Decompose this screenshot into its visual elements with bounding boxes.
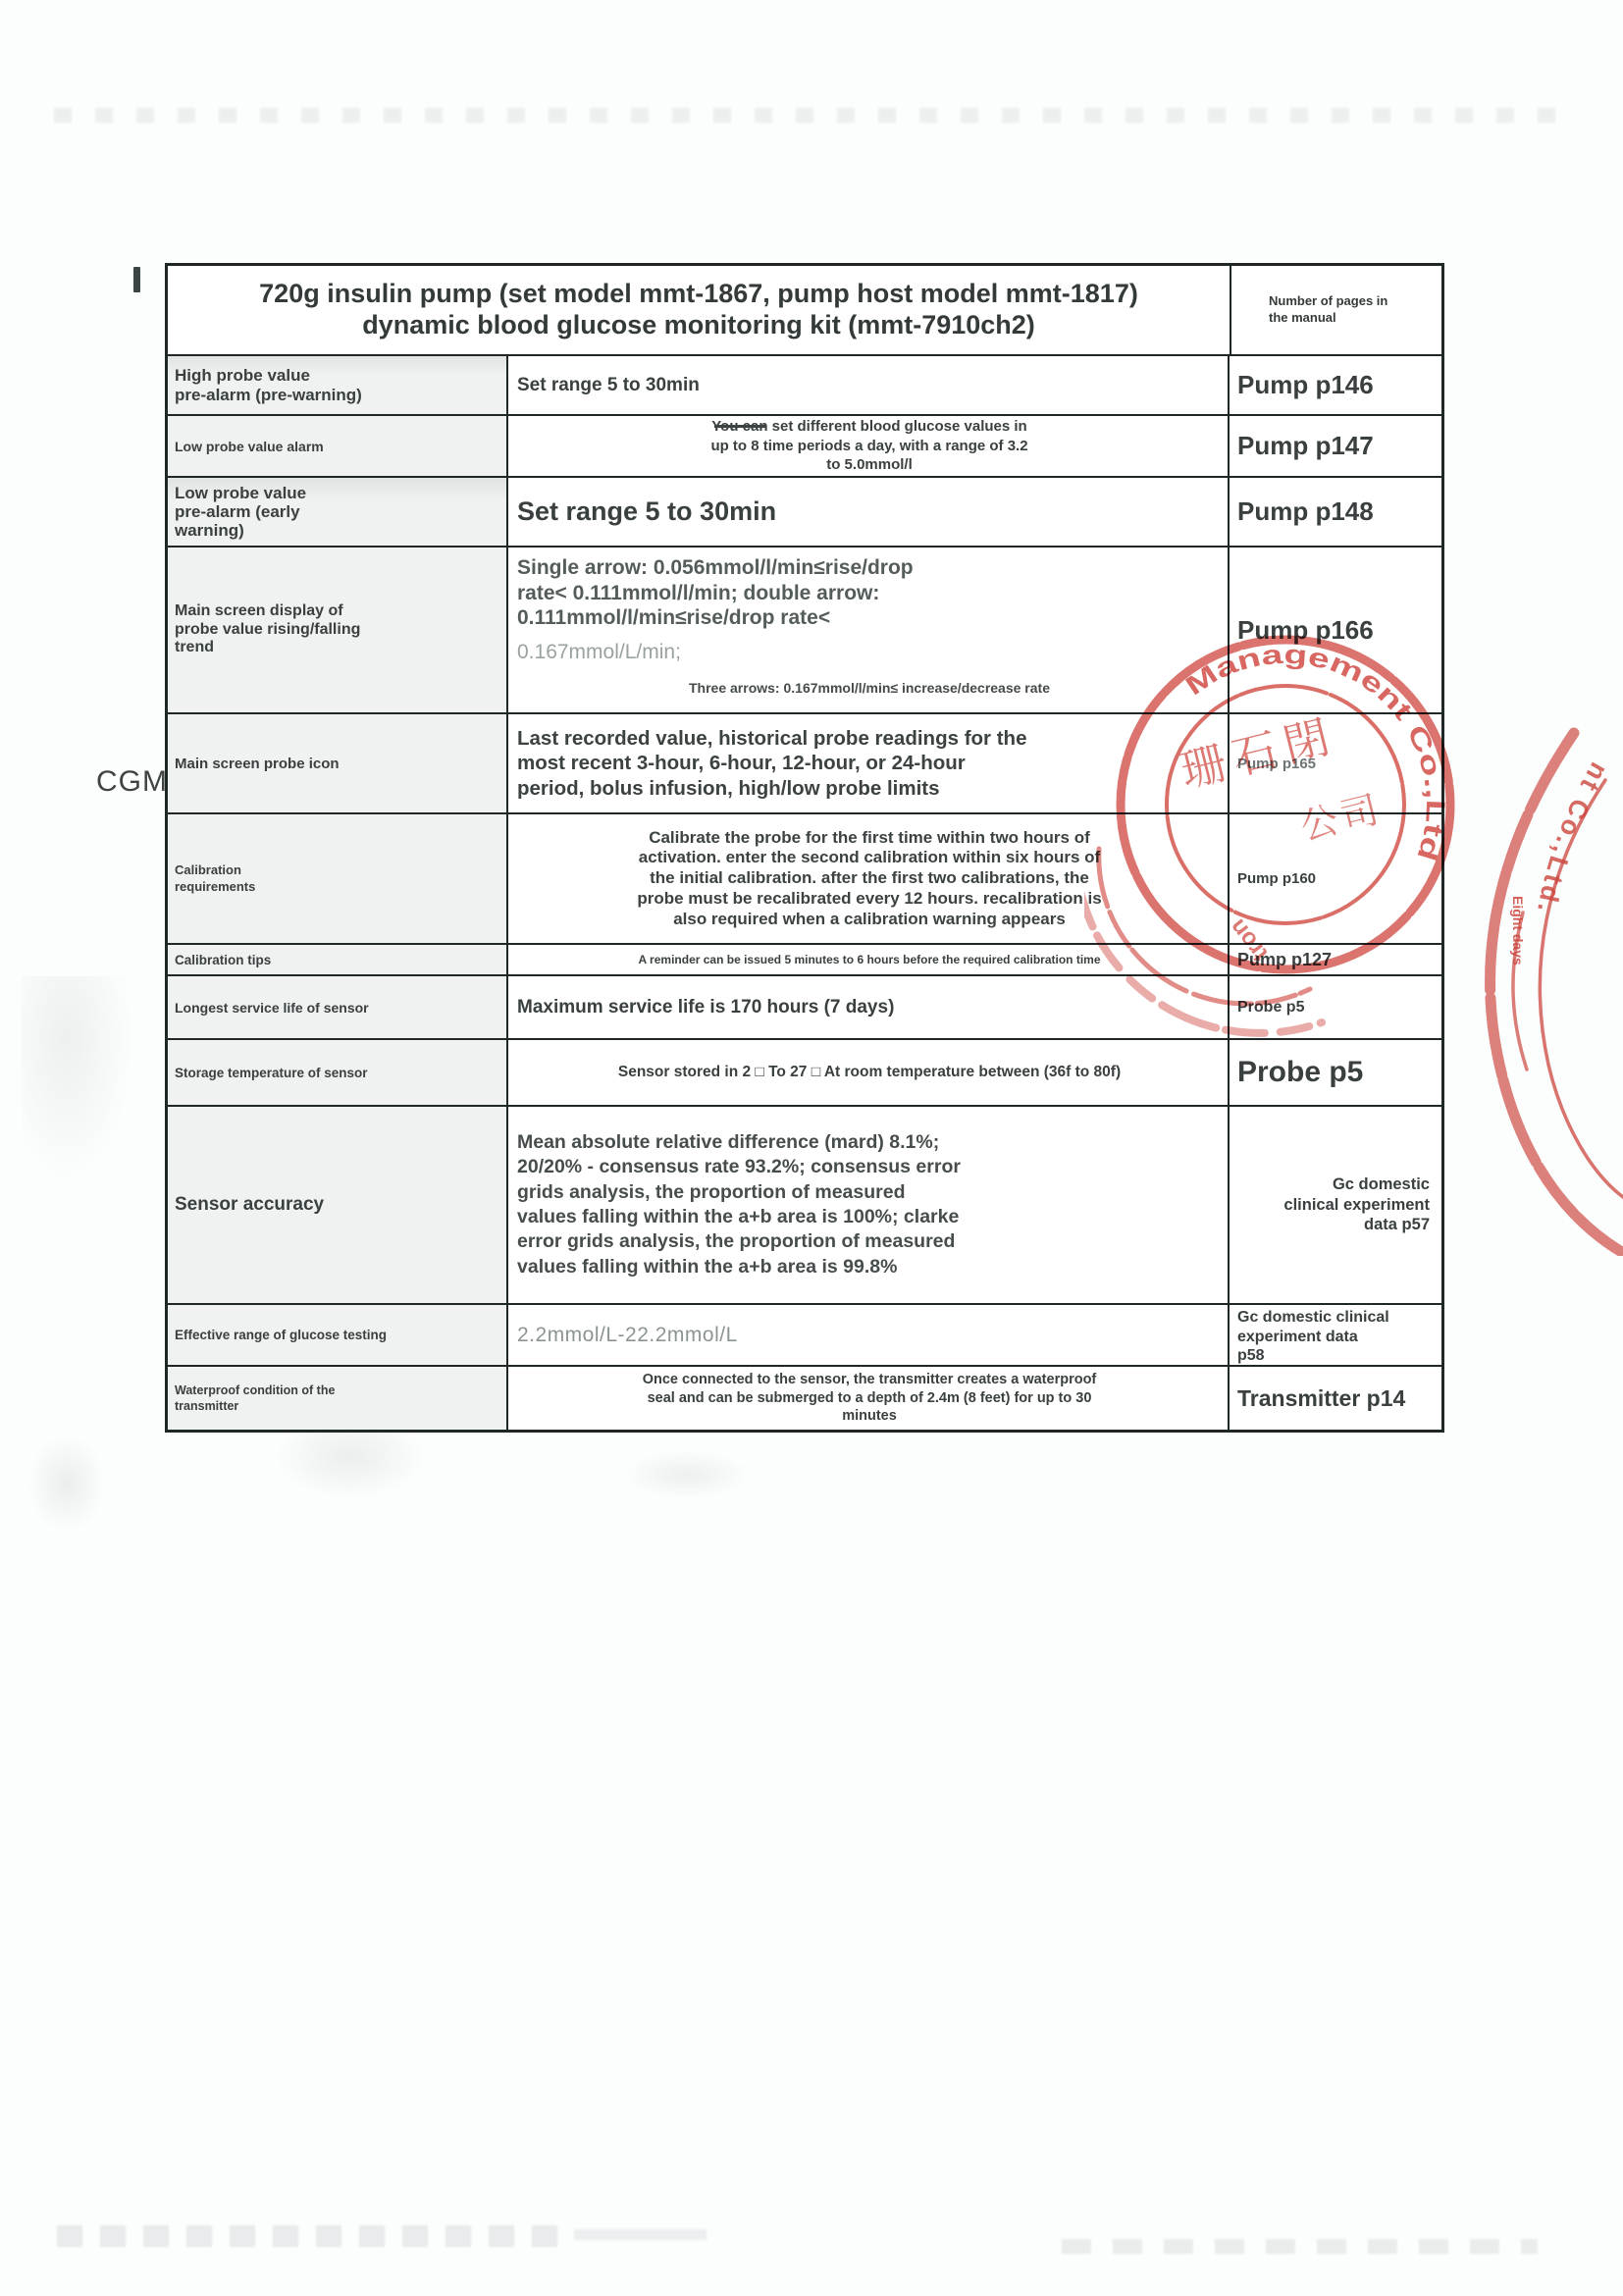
table-title-cell: 720g insulin pump (set model mmt-1867, p… xyxy=(168,266,1230,354)
spec-table: 720g insulin pump (set model mmt-1867, p… xyxy=(165,263,1444,1433)
row-label: High probe value pre-alarm (pre-warning) xyxy=(175,366,362,404)
row-label: Calibration requirements xyxy=(175,862,255,895)
pages-column-header-cell: Number of pages in the manual xyxy=(1230,266,1441,354)
row-label-cell: Waterproof condition of the transmitter xyxy=(168,1367,506,1430)
scan-artifact-bottom-band xyxy=(1062,2239,1538,2254)
row-content-cell: Once connected to the sensor, the transm… xyxy=(506,1367,1228,1430)
table-row: Main screen probe icon Last recorded val… xyxy=(168,712,1441,812)
row-content-cell: Single arrow: 0.056mmol/l/min≤rise/drop … xyxy=(506,548,1228,712)
manual-page-ref: Probe p5 xyxy=(1237,1056,1363,1089)
row-page-cell: Gc domestic clinical experiment data p57 xyxy=(1228,1107,1441,1303)
row-page-cell: Gc domestic clinical experiment data p58 xyxy=(1228,1305,1441,1365)
row-page-cell: Pump p147 xyxy=(1228,416,1441,476)
row-page-cell: Pump p165 xyxy=(1228,714,1441,812)
row-label-cell: Low probe value alarm xyxy=(168,416,506,476)
row-content: Set range 5 to 30min xyxy=(517,496,776,527)
row-content-light: 0.167mmol/L/min; xyxy=(517,641,1222,664)
table-row: High probe value pre-alarm (pre-warning)… xyxy=(168,354,1441,414)
manual-page-ref: Probe p5 xyxy=(1237,999,1304,1017)
table-row: Storage temperature of sensor Sensor sto… xyxy=(168,1038,1441,1105)
row-content-cell: Sensor stored in 2 □ To 27 □ At room tem… xyxy=(506,1040,1228,1105)
row-page-cell: Transmitter p14 xyxy=(1228,1367,1441,1430)
row-label: Calibration tips xyxy=(175,953,271,967)
scan-artifact-edge-tick xyxy=(133,267,140,292)
table-row: Calibration tips A reminder can be issue… xyxy=(168,943,1441,974)
pages-column-header: Number of pages in the manual xyxy=(1269,293,1387,327)
row-label-cell: High probe value pre-alarm (pre-warning) xyxy=(168,356,506,414)
strikethrough-mark xyxy=(714,425,765,428)
row-content: You can set different blood glucose valu… xyxy=(710,417,1027,475)
row-content-cell: Last recorded value, historical probe re… xyxy=(506,714,1228,812)
scan-artifact-smudge xyxy=(27,1435,106,1533)
scan-artifact-top-band xyxy=(54,108,1555,123)
row-content-cell: 2.2mmol/L-22.2mmol/L xyxy=(506,1305,1228,1365)
row-content-small: Three arrows: 0.167mmol/l/min≤ increase/… xyxy=(517,680,1222,696)
row-label: Sensor accuracy xyxy=(175,1194,324,1216)
row-content-cell: Mean absolute relative difference (mard)… xyxy=(506,1107,1228,1303)
table-row: Low probe value alarm You can set differ… xyxy=(168,414,1441,476)
row-label: Waterproof condition of the transmitter xyxy=(175,1383,335,1415)
row-content-main: Single arrow: 0.056mmol/l/min≤rise/drop … xyxy=(517,555,1222,631)
row-content: Set range 5 to 30min xyxy=(517,375,700,396)
row-page-cell: Pump p148 xyxy=(1228,478,1441,546)
row-label: Low probe value alarm xyxy=(175,439,324,454)
manual-page-ref: Pump p165 xyxy=(1237,756,1316,772)
table-row: Sensor accuracy Mean absolute relative d… xyxy=(168,1105,1441,1303)
row-label-cell: Storage temperature of sensor xyxy=(168,1040,506,1105)
row-content: Mean absolute relative difference (mard)… xyxy=(517,1130,961,1279)
row-content: A reminder can be issued 5 minutes to 6 … xyxy=(639,953,1101,966)
edge-seal-stamp: nt Co.,Ltd. Eight days xyxy=(1458,721,1623,1256)
row-content-cell: Maximum service life is 170 hours (7 day… xyxy=(506,976,1228,1038)
manual-page-ref: Pump p160 xyxy=(1237,870,1316,887)
row-label: Main screen display of probe value risin… xyxy=(175,602,360,658)
manual-page-ref: Pump p146 xyxy=(1237,370,1374,400)
row-content: Once connected to the sensor, the transm… xyxy=(643,1371,1097,1427)
row-page-cell: Pump p160 xyxy=(1228,814,1441,943)
manual-page-ref: Pump p148 xyxy=(1237,496,1374,527)
manual-page-ref: Gc domestic clinical experiment data p57 xyxy=(1282,1174,1432,1236)
row-label-cell: Sensor accuracy xyxy=(168,1107,506,1303)
row-label: Longest service life of sensor xyxy=(175,1000,369,1016)
scan-artifact-smudge xyxy=(22,976,134,1182)
row-page-cell: Pump p127 xyxy=(1228,945,1441,974)
row-label: Low probe value pre-alarm (early warning… xyxy=(175,484,306,540)
table-title: 720g insulin pump (set model mmt-1867, p… xyxy=(227,279,1171,341)
row-label-cell: Calibration requirements xyxy=(168,814,506,943)
edge-seal-side-text: Eight days xyxy=(1510,896,1526,965)
row-content-cell: You can set different blood glucose valu… xyxy=(506,416,1228,476)
row-label-cell: Low probe value pre-alarm (early warning… xyxy=(168,478,506,546)
table-row: Calibration requirements Calibrate the p… xyxy=(168,812,1441,943)
row-content: 2.2mmol/L-22.2mmol/L xyxy=(517,1324,738,1347)
row-label: Effective range of glucose testing xyxy=(175,1328,387,1342)
manual-page-ref: Pump p147 xyxy=(1237,431,1374,461)
table-row: Low probe value pre-alarm (early warning… xyxy=(168,476,1441,546)
row-content: Calibrate the probe for the first time w… xyxy=(637,828,1101,930)
row-label: Storage temperature of sensor xyxy=(175,1066,368,1080)
manual-page-ref: Pump p127 xyxy=(1237,950,1332,970)
row-page-cell: Probe p5 xyxy=(1228,976,1441,1038)
row-content: Maximum service life is 170 hours (7 day… xyxy=(517,997,894,1018)
row-content: Last recorded value, historical probe re… xyxy=(517,726,1026,802)
scan-artifact-smudge xyxy=(623,1450,751,1499)
row-content-cell: Set range 5 to 30min xyxy=(506,356,1228,414)
row-page-cell: Pump p166 xyxy=(1228,548,1441,712)
row-label-cell: Effective range of glucose testing xyxy=(168,1305,506,1365)
manual-page-ref: Gc domestic clinical experiment data p58 xyxy=(1237,1308,1389,1366)
table-row: Waterproof condition of the transmitter … xyxy=(168,1365,1441,1430)
row-content: Sensor stored in 2 □ To 27 □ At room tem… xyxy=(618,1064,1121,1081)
svg-text:nt Co.,Ltd.: nt Co.,Ltd. xyxy=(1532,757,1614,917)
row-content-cell: Calibrate the probe for the first time w… xyxy=(506,814,1228,943)
row-page-cell: Probe p5 xyxy=(1228,1040,1441,1105)
table-row: Effective range of glucose testing 2.2mm… xyxy=(168,1303,1441,1365)
table-row: Main screen display of probe value risin… xyxy=(168,546,1441,712)
scan-artifact-bottom-band xyxy=(574,2229,707,2240)
row-label-cell: Longest service life of sensor xyxy=(168,976,506,1038)
row-label-cell: Calibration tips xyxy=(168,945,506,974)
edge-seal-arc-text: nt Co.,Ltd. xyxy=(1532,757,1614,917)
row-content-cell: A reminder can be issued 5 minutes to 6 … xyxy=(506,945,1228,974)
manual-page-ref: Pump p166 xyxy=(1237,615,1374,646)
table-header-row: 720g insulin pump (set model mmt-1867, p… xyxy=(168,266,1441,354)
row-label-cell: Main screen probe icon xyxy=(168,714,506,812)
manual-page-ref: Transmitter p14 xyxy=(1237,1385,1405,1412)
row-content-cell: Set range 5 to 30min xyxy=(506,478,1228,546)
row-label-cell: Main screen display of probe value risin… xyxy=(168,548,506,712)
row-label: Main screen probe icon xyxy=(175,756,340,772)
scan-artifact-bottom-band xyxy=(57,2225,562,2247)
table-row: Longest service life of sensor Maximum s… xyxy=(168,974,1441,1038)
row-page-cell: Pump p146 xyxy=(1228,356,1441,414)
cgm-side-label: CGM xyxy=(96,765,168,799)
